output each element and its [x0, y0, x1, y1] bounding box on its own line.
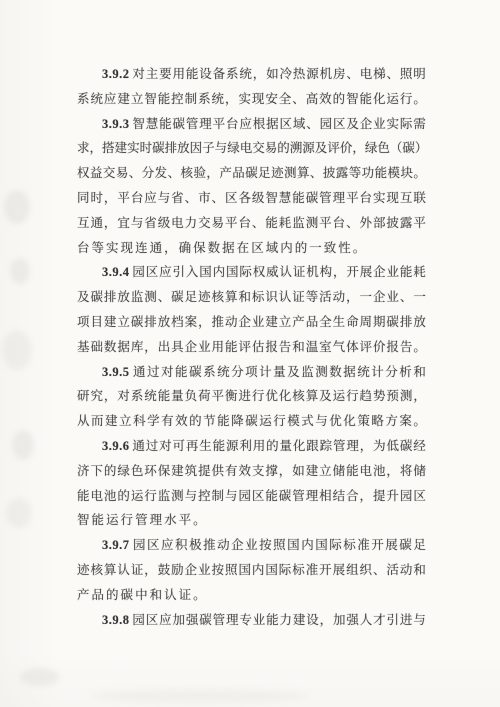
text-line: 产品的碳中和认证。 — [77, 585, 426, 610]
clause-number: 3.9.4 — [102, 265, 132, 280]
scan-smudge — [10, 258, 30, 284]
text-line: 台等实现连通，确保数据在区域内的一致性。 — [77, 238, 426, 263]
scan-smudge — [6, 498, 32, 528]
text-line: 能电池的运行监测与控制与园区能碳管理相结合，提升园区 — [77, 486, 426, 511]
text-line: 研究，对系统能量负荷平衡进行优化核算及运行趋势预测， — [77, 386, 426, 411]
text-line: 互通，宜与省级电力交易平台、能耗监测平台、外部披露平 — [77, 213, 426, 238]
text-line: 及碳排放监测、碳足迹核算和标识认证等活动，一企业、一 — [77, 287, 426, 312]
scan-smudge — [12, 430, 34, 460]
document-body: 3.9.2对主要用能设备系统，如冷热源机房、电梯、照明系统应建立智能控制系统，实… — [77, 64, 426, 634]
clause-number: 3.9.8 — [102, 613, 132, 628]
text-line: 迹核算认证，鼓励企业按照国内国际标准开展组织、活动和 — [77, 560, 426, 585]
scan-smudge — [90, 690, 310, 702]
text-line: 3.9.6通过对可再生能源利用的量化跟踪管理，为低碳经 — [77, 436, 426, 461]
scan-smudge — [20, 668, 60, 686]
clause-number: 3.9.2 — [102, 67, 132, 82]
text-line: 济下的绿色环保建筑提供有效支撑，如建立储能电池，将储 — [77, 461, 426, 486]
text-line: 3.9.8园区应加强碳管理专业能力建设，加强人才引进与 — [77, 610, 426, 635]
text-line: 3.9.4园区应引入国内国际权威认证机构，开展企业能耗 — [77, 262, 426, 287]
scan-smudge — [2, 330, 32, 370]
text-line: 求，搭建实时碳排放因子与绿电交易的溯源及评价，绿色（碳） — [77, 138, 426, 163]
clause-number: 3.9.7 — [102, 538, 132, 553]
text-line: 基础数据库，出具企业用能评估报告和温室气体评价报告。 — [77, 337, 426, 362]
text-line: 3.9.7园区应积极推动企业按照国内国际标准开展碳足 — [77, 535, 426, 560]
text-line: 项目建立碳排放档案，推动企业建立产品全生命周期碳排放 — [77, 312, 426, 337]
scan-smudge — [4, 190, 30, 224]
text-line: 同时，平台应与省、市、区各级智慧能碳管理平台实现互联 — [77, 188, 426, 213]
text-line: 权益交易、分发、核验，产品碳足迹测算、披露等功能模块。 — [77, 163, 426, 188]
clause-number: 3.9.6 — [102, 439, 132, 454]
document-page: 3.9.2对主要用能设备系统，如冷热源机房、电梯、照明系统应建立智能控制系统，实… — [0, 0, 500, 707]
clause-number: 3.9.3 — [102, 117, 132, 132]
text-line: 3.9.3智慧能碳管理平台应根据区域、园区及企业实际需 — [77, 114, 426, 139]
text-line: 智能运行管理水平。 — [77, 510, 426, 535]
text-line: 从而建立科学有效的节能降碳运行模式与优化策略方案。 — [77, 411, 426, 436]
clause-number: 3.9.5 — [102, 365, 132, 380]
text-line: 3.9.2对主要用能设备系统，如冷热源机房、电梯、照明 — [77, 64, 426, 89]
text-line: 3.9.5通过对能碳系统分项计量及监测数据统计分析和 — [77, 362, 426, 387]
text-line: 系统应建立智能控制系统，实现安全、高效的智能化运行。 — [77, 89, 426, 114]
